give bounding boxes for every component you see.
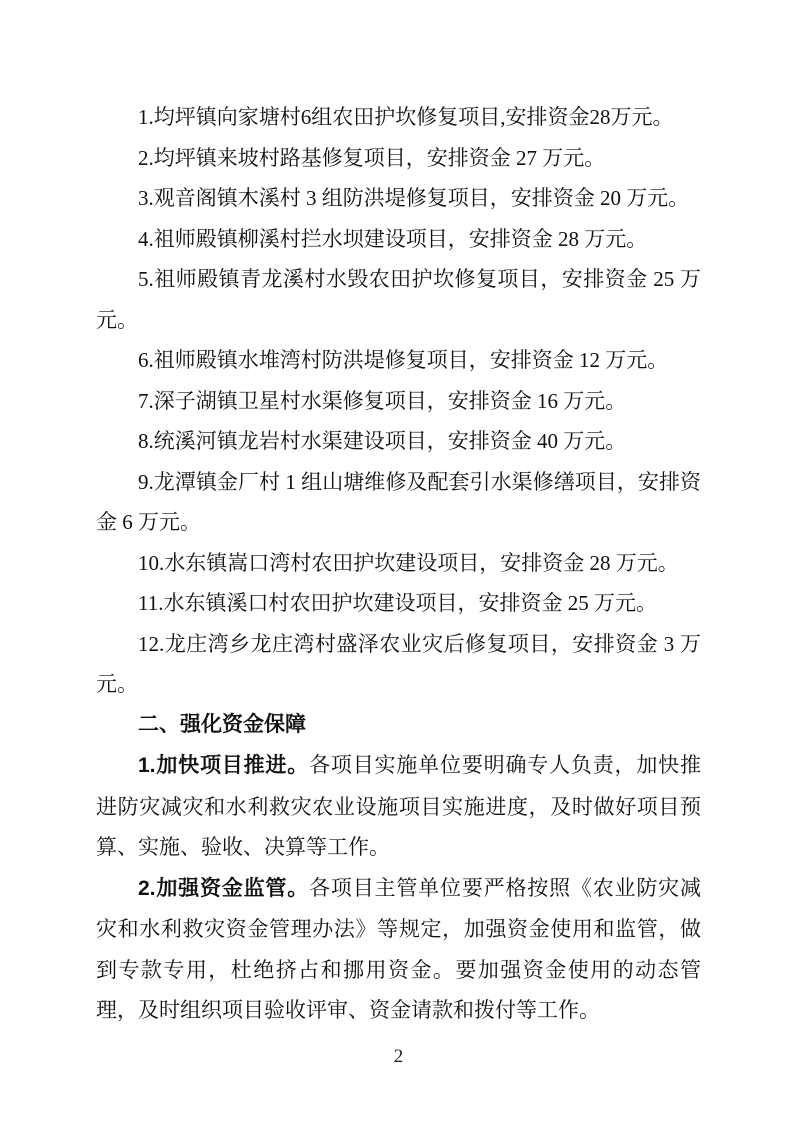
document-body: 1.均坪镇向家塘村6组农田护坎修复项目,安排资金28万元。 2.均坪镇来坡村路基… <box>96 97 701 1031</box>
paragraph-2: 2.加强资金监管。各项目主管单位要严格按照《农业防灾减灾和水利救灾资金管理办法》… <box>96 868 701 1031</box>
page-number: 2 <box>394 1046 404 1067</box>
list-item-11: 11.水东镇溪口村农田护坎建设项目，安排资金 25 万元。 <box>96 583 701 624</box>
section-heading: 二、强化资金保障 <box>96 705 701 746</box>
list-item-9: 9.龙潭镇金厂村 1 组山塘维修及配套引水渠修缮项目，安排资金 6 万元。 <box>96 462 701 543</box>
list-item-4: 4.祖师殿镇柳溪村拦水坝建设项目，安排资金 28 万元。 <box>96 219 701 260</box>
paragraph-1-lead: 1.加快项目推进。 <box>138 754 309 777</box>
list-item-3: 3.观音阁镇木溪村 3 组防洪堤修复项目，安排资金 20 万元。 <box>96 178 701 219</box>
list-item-6: 6.祖师殿镇水堆湾村防洪堤修复项目，安排资金 12 万元。 <box>96 340 701 381</box>
list-item-12: 12.龙庄湾乡龙庄湾村盛泽农业灾后修复项目，安排资金 3 万元。 <box>96 624 701 705</box>
paragraph-2-lead: 2.加强资金监管。 <box>138 877 309 900</box>
list-item-1: 1.均坪镇向家塘村6组农田护坎修复项目,安排资金28万元。 <box>96 97 701 138</box>
list-item-8: 8.统溪河镇龙岩村水渠建设项目，安排资金 40 万元。 <box>96 421 701 462</box>
list-item-2: 2.均坪镇来坡村路基修复项目，安排资金 27 万元。 <box>96 138 701 179</box>
list-item-5: 5.祖师殿镇青龙溪村水毁农田护坎修复项目，安排资金 25 万元。 <box>96 259 701 340</box>
paragraph-1: 1.加快项目推进。各项目实施单位要明确专人负责，加快推进防灾减灾和水利救灾农业设… <box>96 745 701 868</box>
list-item-7: 7.深子湖镇卫星村水渠修复项目，安排资金 16 万元。 <box>96 381 701 422</box>
page-footer: 2 <box>96 1037 701 1077</box>
document-page: 1.均坪镇向家塘村6组农田护坎修复项目,安排资金28万元。 2.均坪镇来坡村路基… <box>0 0 793 1122</box>
list-item-10: 10.水东镇嵩口湾村农田护坎建设项目，安排资金 28 万元。 <box>96 543 701 584</box>
